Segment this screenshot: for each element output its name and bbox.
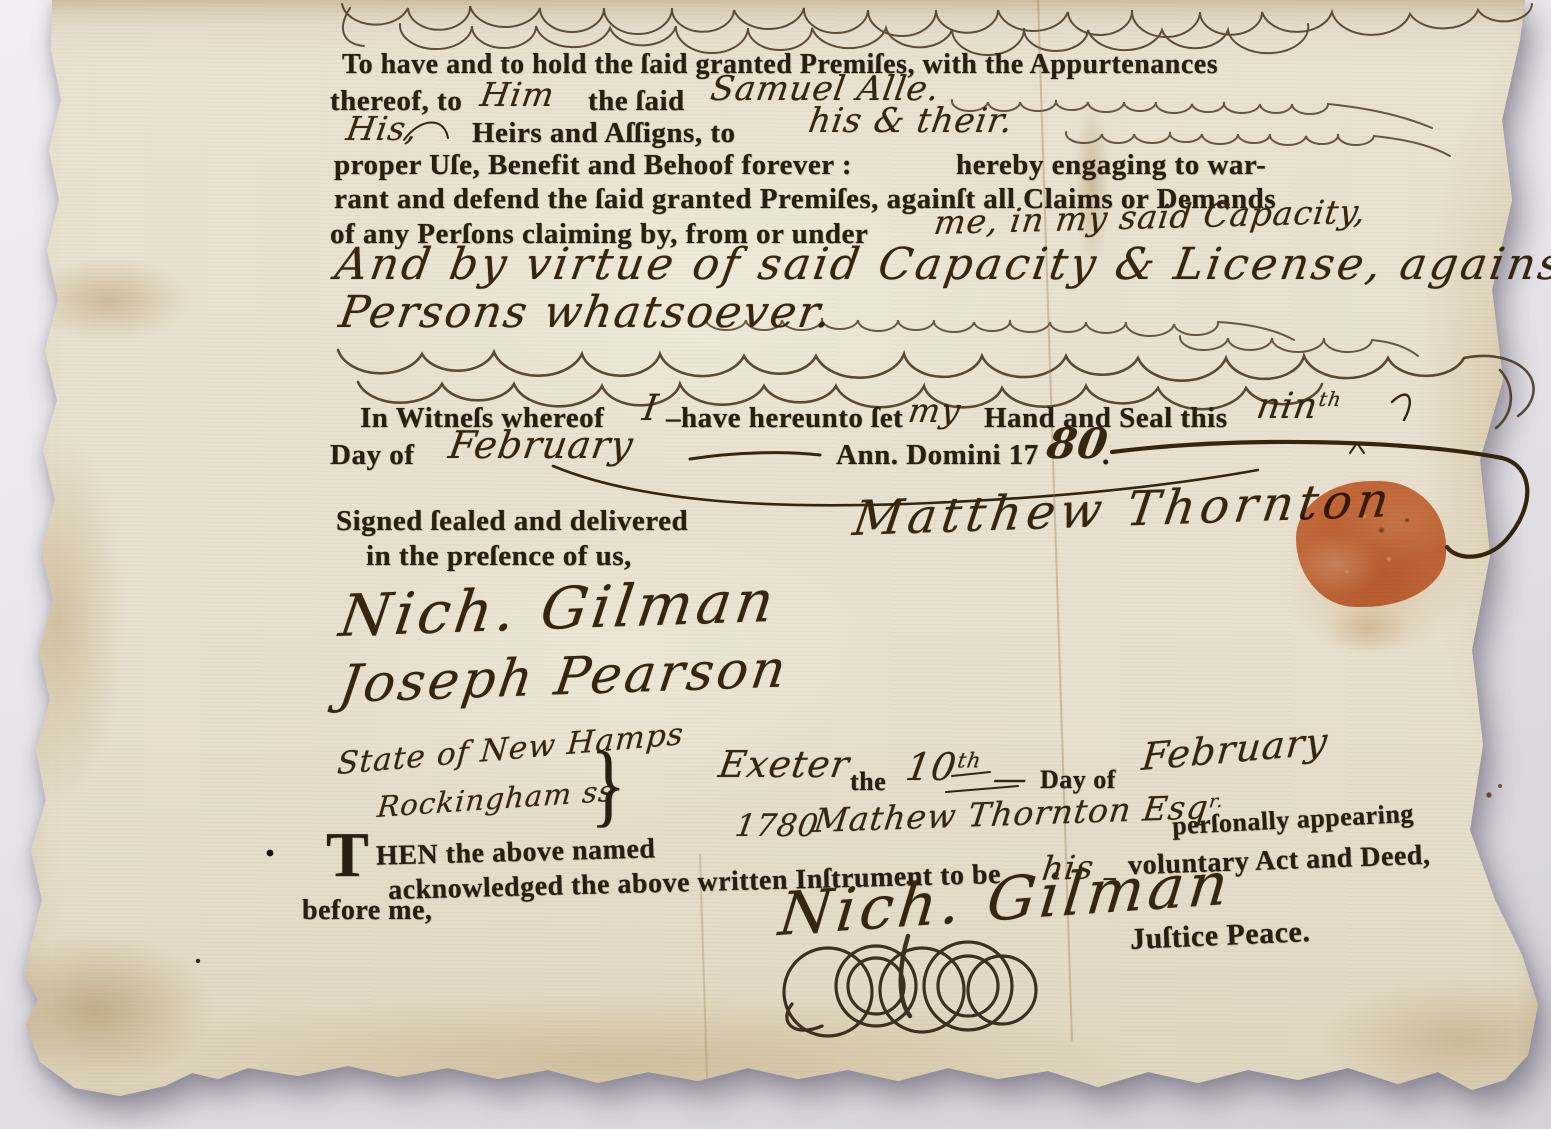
ack-day-number: 10 [903,745,960,789]
attestation-line2: in the preſence of us, [366,541,632,571]
ack-printed-the: the [850,768,886,795]
ack-year: 1780 [733,810,821,843]
then-drop-cap: T [326,826,369,884]
testimonium-line2-printed1: Day of [330,440,414,470]
testimonium-line1-printed2: –have hereunto ſet [666,403,903,433]
venue-line2: Rockingham ss [376,776,616,823]
habendum-line3-script2: his & their. [806,104,1016,140]
testimonium-I-insertion: I [640,390,661,428]
testimonium-period: . [1102,440,1110,470]
document-photo: To have and to hold the ſaid granted Pre… [0,0,1551,1129]
habendum-line6-script: me, in my said Capacity, [932,195,1368,241]
ack-place: Exeter [716,746,852,785]
habendum-line2-printed2: the ſaid [588,86,685,116]
day-word-sup: th [1317,388,1343,411]
ack-day-dash: — [990,762,1031,798]
day-word-main: nin [1254,386,1321,427]
venue-line1: State of New Hamps [336,718,685,780]
month-insertion: February [446,426,636,466]
habendum-line4-printed1: proper Uſe, Benefit and Behoof forever : [334,150,852,180]
habendum-line4-printed2: hereby engaging to war- [956,150,1266,180]
ack-printed-day-of: Day of [1040,766,1116,793]
day-word-insertion: ninth [1254,388,1344,426]
then-line: HEN the above named [376,834,656,871]
testimonium-line2-printed2: Ann. Domini 17 [836,440,1039,470]
habendum-line3-script1: His, [344,112,420,147]
wax-seal [1296,481,1446,607]
ack-appearer: Mathew Thornton Esqr. [812,790,1225,839]
ack-day-sup: th [956,748,984,772]
venue-brace: } [590,736,626,833]
habendum-line7-script: And by virtue of said Capacity & License… [332,242,1551,288]
testimonium-my-insertion: my [906,394,963,429]
habendum-line3-printed: Heirs and Aſſigns, to [472,118,736,148]
habendum-line8-script: Persons whatsoever. [336,290,836,336]
ack-day: 10th [903,748,984,788]
before-me: before me, [302,896,432,925]
witness2-signature: Joseph Pearson [336,642,792,712]
grantee-pronoun-insertion: Him [478,78,557,113]
witness1-signature: Nich. Gilman [336,571,781,647]
justice-title: Juſtice Peace. [1129,916,1310,955]
attestation-line1: Signed ſealed and delivered [336,506,688,536]
ack-month: February [1140,722,1330,778]
